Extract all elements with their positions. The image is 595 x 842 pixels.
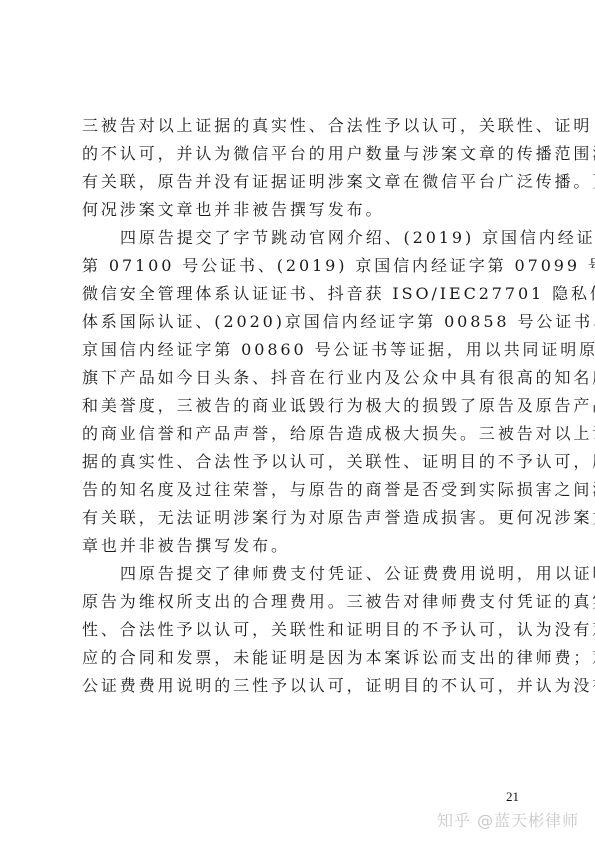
text-line: 告的知名度及过往荣誉，与原告的商誉是否受到实际损害之间没 [82,476,522,504]
text-line: 的不认可，并认为微信平台的用户数量与涉案文章的传播范围没 [82,140,522,168]
text-line: 三被告对以上证据的真实性、合法性予以认可，关联性、证明目 [82,112,522,140]
text-line: 公证费费用说明的三性予以认可，证明目的不认可，并认为没有 [82,672,522,700]
text-line: 章也并非被告撰写发布。 [82,532,522,560]
text-line: 的商业信誉和产品声誉，给原告造成极大损失。三被告对以上证 [82,420,522,448]
text-line: 体系国际认证、(2020)京国信内经证字第 00858 号公证书、(2020) [82,308,522,336]
text-line: 京国信内经证字第 00860 号公证书等证据，用以共同证明原告及 [82,336,522,364]
page-number: 21 [506,789,519,805]
text-line: 第 07100 号公证书、(2019) 京国信内经证字第 07099 号公证书、 [82,252,522,280]
text-line: 应的合同和发票，未能证明是因为本案诉讼而支出的律师费；对 [82,644,522,672]
text-line: 有关联，无法证明涉案行为对原告声誉造成损害。更何况涉案文 [82,504,522,532]
text-line: 何况涉案文章也并非被告撰写发布。 [82,196,522,224]
text-line: 微信安全管理体系认证证书、抖音获 ISO/IEC27701 隐私信息管理 [82,280,522,308]
paragraph-start-line: 四原告提交了律师费支付凭证、公证费费用说明，用以证明 [82,560,522,588]
text-line: 据的真实性、合法性予以认可，关联性、证明目的不予认可，原 [82,448,522,476]
document-body: 三被告对以上证据的真实性、合法性予以认可，关联性、证明目 的不认可，并认为微信平… [82,112,522,700]
paragraph-start-line: 四原告提交了字节跳动官网介绍、(2019) 京国信内经证字 [82,224,522,252]
text-line: 性、合法性予以认可，关联性和证明目的不予认可，认为没有对 [82,616,522,644]
text-line: 旗下产品如今日头条、抖音在行业内及公众中具有很高的知名度 [82,364,522,392]
watermark: 知乎 @蓝天彬律师 [437,808,579,831]
text-line: 原告为维权所支出的合理费用。三被告对律师费支付凭证的真实 [82,588,522,616]
text-line: 和美誉度，三被告的商业诋毁行为极大的损毁了原告及原告产品 [82,392,522,420]
text-line: 有关联，原告并没有证据证明涉案文章在微信平台广泛传播。更 [82,168,522,196]
